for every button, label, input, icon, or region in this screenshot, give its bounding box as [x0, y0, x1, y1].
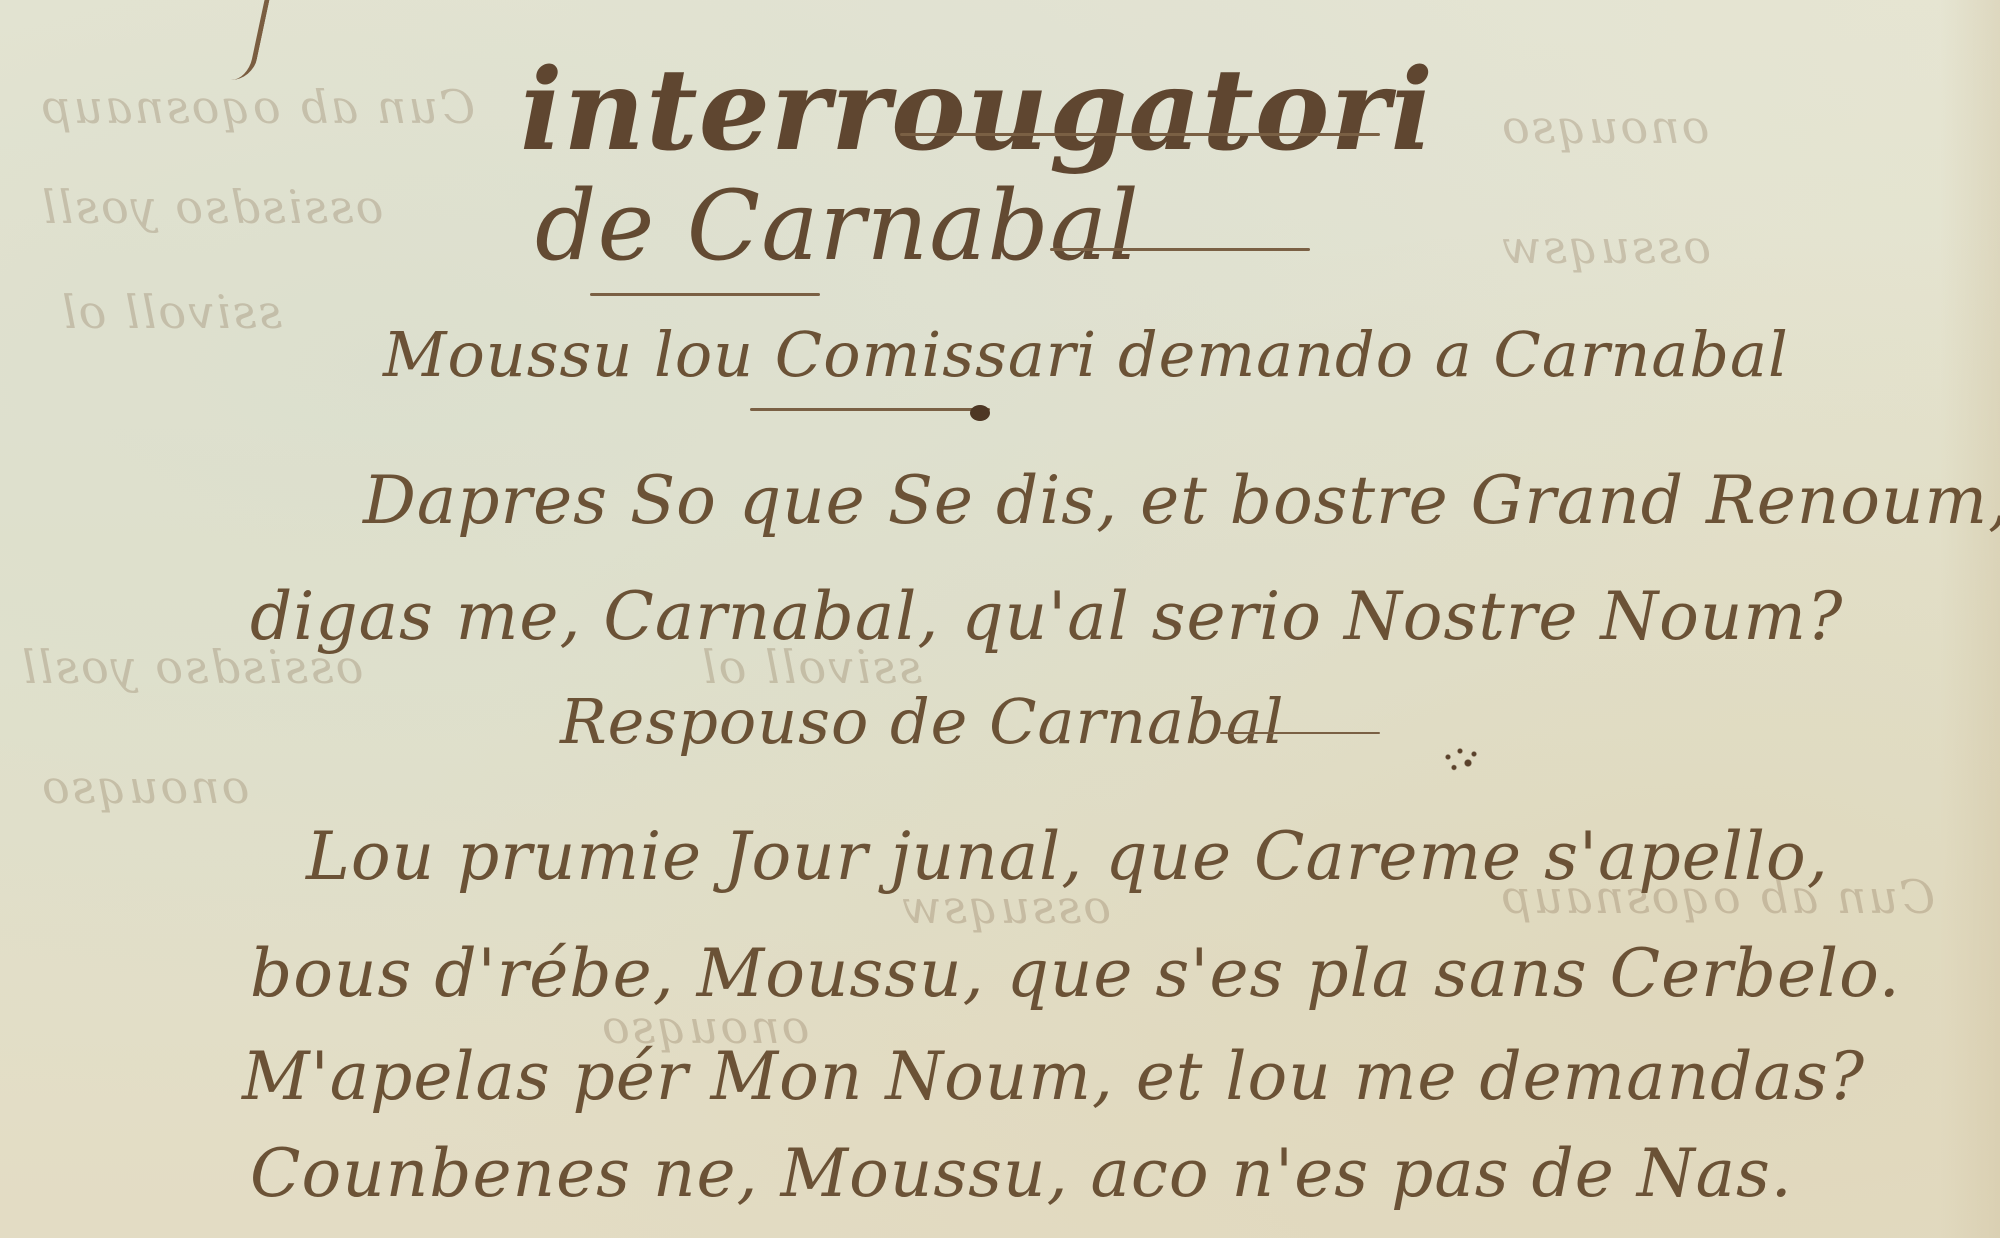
response-heading-underline	[1220, 732, 1380, 734]
subtitle-flourish	[590, 293, 820, 296]
question-line: Dapres So que Se dis, et bostre Grand Re…	[363, 462, 2000, 539]
title-underline	[900, 133, 1380, 136]
bleed-through-text: ossisdso yosll	[40, 180, 383, 234]
subtitle-underline	[1050, 248, 1310, 251]
descender-stroke	[231, 0, 269, 80]
ink-blot	[970, 405, 990, 421]
ink-speckle	[1440, 745, 1480, 775]
response-heading: Respouso de Carnabal	[560, 685, 1285, 758]
bleed-through-text: ssivoll ol	[60, 285, 282, 339]
question-line: digas me, Carnabal, qu'al serio Nostre N…	[250, 578, 1843, 655]
bleed-through-text: ossuqsw	[1500, 220, 1711, 274]
response-line: bous d'rébe, Moussu, que s'es pla sans C…	[250, 935, 1901, 1012]
bleed-through-text: Cun ab oqosnaup	[40, 80, 475, 134]
bleed-through-text: onouqso	[40, 760, 249, 814]
response-line: Lou prumie Jour junal, que Careme s'apel…	[306, 818, 1829, 895]
response-line: Counbenes ne, Moussu, aco n'es pas de Na…	[250, 1135, 1793, 1212]
section-heading: Moussu lou Comissari demando a Carnabal	[383, 318, 1789, 391]
paper-edge-shadow	[1940, 0, 2000, 1238]
response-line: M'apelas pér Mon Noum, et lou me demanda…	[242, 1038, 1865, 1115]
page-title: interrougatori	[520, 45, 1434, 176]
bleed-through-text: onouqso	[1500, 100, 1709, 154]
heading-underline	[750, 408, 990, 411]
manuscript-page: Cun ab oqosnaup ossisdso yosll ssivoll o…	[0, 0, 2000, 1238]
page-subtitle: de Carnabal	[535, 170, 1140, 282]
